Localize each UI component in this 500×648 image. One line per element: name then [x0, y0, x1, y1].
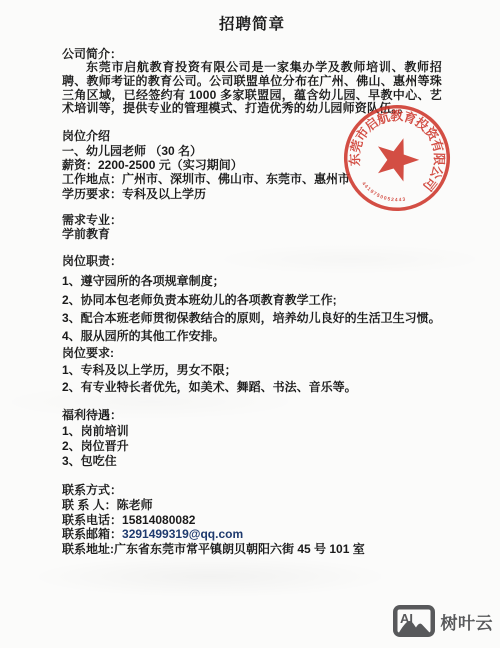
contact-address-label: 联系地址: [62, 542, 114, 556]
duty-item: 2、协同本包老师负责本班幼儿的各项教育教学工作; [62, 291, 442, 309]
job-duties-section: 岗位职责： 1、遵守园所的各项规章制度； 2、协同本包老师负责本班幼儿的各项教育… [62, 254, 442, 396]
contact-person-label: 联 系 人： [62, 498, 117, 512]
contact-address-value: 广东省东莞市常平镇朗贝朝阳六街 45 号 101 室 [114, 542, 365, 556]
duty-item: 3、配合本班老师贯彻保教结合的原则，培养幼儿良好的生活卫生习惯。 [62, 309, 442, 327]
salary-line: 薪资：2200-2500 元（实习期间） [62, 158, 442, 172]
watermark-brand: 树叶云 [441, 609, 494, 634]
requirement-item: 2、有专业特长者优先，如美术、舞蹈、书法、音乐等。 [62, 379, 442, 396]
requirement-item: 1、专科及以上学历，男女不限； [62, 362, 442, 379]
benefit-item: 3、包吃住 [62, 454, 442, 469]
duty-item: 1、遵守园所的各项规章制度； [62, 272, 442, 290]
company-intro-heading: 公司简介： [62, 47, 442, 61]
company-intro-paragraph: 东莞市启航教育投资有限公司是一家集办学及教师培训、教师招聘、教师考证的教育公司。… [62, 61, 442, 116]
job-duties-heading: 岗位职责： [62, 254, 442, 268]
required-major-section: 需求专业： 学前教育 [62, 213, 442, 241]
page-title: 招聘简章 [62, 12, 442, 34]
document-content: 招聘简章 公司简介： 东莞市启航教育投资有限公司是一家集办学及教师培训、教师招聘… [62, 10, 442, 556]
benefits-heading: 福利待遇： [62, 407, 442, 423]
benefit-item: 1、岗前培训 [62, 424, 442, 439]
contact-phone-value: 15814080082 [122, 513, 195, 527]
contact-email-label: 联系邮箱： [62, 527, 122, 541]
required-major-value: 学前教育 [62, 227, 442, 241]
contact-email-value: 3291499319@qq.com [122, 527, 243, 541]
benefits-section: 福利待遇： 1、岗前培训 2、岗位晋升 3、包吃住 [62, 407, 442, 469]
contact-person-line: 联 系 人：陈老师 [62, 498, 442, 513]
position-intro-section: 岗位介绍 一、幼儿园老师 （30 名） 薪资：2200-2500 元（实习期间）… [62, 129, 442, 201]
contact-heading: 联系方式： [62, 483, 442, 497]
contact-phone-label: 联系电话： [62, 513, 122, 527]
work-locations-line: 工作地点：广州市、深圳市、佛山市、东莞市、惠州市 [62, 172, 442, 186]
position-intro-heading: 岗位介绍 [62, 129, 442, 143]
document-page: 招聘简章 公司简介： 东莞市启航教育投资有限公司是一家集办学及教师培训、教师招聘… [0, 0, 500, 648]
contact-section: 联系方式： 联 系 人：陈老师 联系电话：15814080082 联系邮箱：32… [62, 483, 442, 556]
benefit-item: 2、岗位晋升 [62, 439, 442, 454]
job-title: 一、幼儿园老师 （30 名） [62, 144, 442, 158]
job-requirements-heading: 岗位要求: [62, 345, 442, 362]
education-requirement-line: 学历要求：专科及以上学历 [62, 187, 442, 201]
watermark: AI 树叶云 [392, 604, 494, 638]
company-intro-section: 公司简介： 东莞市启航教育投资有限公司是一家集办学及教师培训、教师招聘、教师考证… [62, 47, 442, 116]
required-major-heading: 需求专业： [62, 213, 442, 227]
duty-item: 4、服从园所的其他工作安排。 [62, 327, 442, 345]
contact-email-line: 联系邮箱：3291499319@qq.com [62, 527, 442, 542]
ai-image-logo-icon: AI [392, 604, 436, 638]
contact-person-value: 陈老师 [117, 498, 153, 512]
contact-address-line: 联系地址:广东省东莞市常平镇朗贝朝阳六街 45 号 101 室 [62, 542, 442, 557]
contact-phone-line: 联系电话：15814080082 [62, 513, 442, 528]
